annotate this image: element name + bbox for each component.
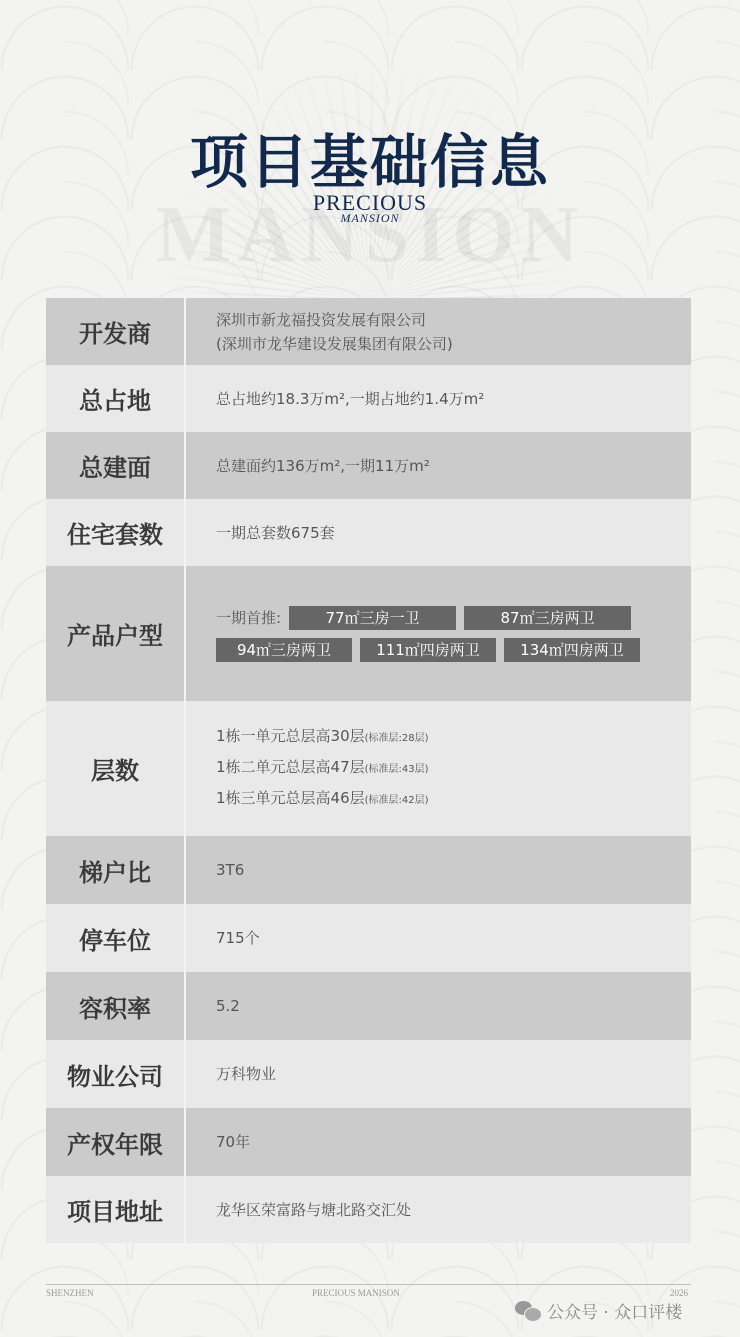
floor-line: 1栋三单元总层高46层(标准层:42层) — [216, 784, 691, 815]
page-title: 项目基础信息 — [0, 115, 740, 199]
row-label: 住宅套数 — [46, 499, 186, 566]
footer-left-text: SHENZHEN — [46, 1288, 94, 1298]
brand-subtitle-italic: MANSION — [0, 211, 740, 226]
row-value: 龙华区荣富路与塘北路交汇处 — [186, 1176, 691, 1243]
table-row-building-area: 总建面 总建面约136万m²,一期11万m² — [46, 432, 691, 499]
value-line: 深圳市新龙福投资发展有限公司 — [216, 308, 691, 332]
unit-type-chip: 77㎡三房一卫 — [289, 606, 456, 630]
floor-main: 1栋一单元总层高30层 — [216, 727, 365, 745]
value-line: 总占地约18.3万m²,一期占地约1.4万m² — [216, 387, 691, 411]
value-line: 万科物业 — [216, 1062, 691, 1086]
value-line: 一期总套数675套 — [216, 521, 691, 545]
value-line: 3T6 — [216, 858, 691, 882]
table-row-land-area: 总占地 总占地约18.3万m²,一期占地约1.4万m² — [46, 365, 691, 432]
value-line: 龙华区荣富路与塘北路交汇处 — [216, 1198, 691, 1222]
footer-center-text: PRECIOUS MANISON — [312, 1288, 400, 1298]
row-label: 总占地 — [46, 365, 186, 432]
row-label: 梯户比 — [46, 836, 186, 904]
row-value: 5.2 — [186, 972, 691, 1040]
value-line: 70年 — [216, 1130, 691, 1154]
unit-type-chip: 111㎡四房两卫 — [360, 638, 496, 662]
row-label: 产品户型 — [46, 566, 186, 701]
table-row-units: 住宅套数 一期总套数675套 — [46, 499, 691, 566]
table-row-property-term: 产权年限 70年 — [46, 1108, 691, 1176]
floor-note: (标准层:28层) — [365, 733, 429, 744]
floor-line: 1栋二单元总层高47层(标准层:43层) — [216, 753, 691, 784]
footer-year: 2026 — [670, 1288, 688, 1298]
row-value: 总占地约18.3万m²,一期占地约1.4万m² — [186, 365, 691, 432]
table-row-plot-ratio: 容积率 5.2 — [46, 972, 691, 1040]
unit-type-chip: 94㎡三房两卫 — [216, 638, 352, 662]
row-value: 总建面约136万m²,一期11万m² — [186, 432, 691, 499]
floor-note: (标准层:42层) — [365, 795, 429, 806]
table-row-floors: 层数 1栋一单元总层高30层(标准层:28层) 1栋二单元总层高47层(标准层:… — [46, 701, 691, 836]
row-value: 715个 — [186, 904, 691, 972]
row-label: 停车位 — [46, 904, 186, 972]
wechat-icon — [515, 1301, 541, 1321]
unit-type-prefix: 一期首推: — [216, 606, 281, 630]
row-label: 开发商 — [46, 298, 186, 365]
floor-main: 1栋二单元总层高47层 — [216, 758, 365, 776]
floor-main: 1栋三单元总层高46层 — [216, 789, 365, 807]
table-row-address: 项目地址 龙华区荣富路与塘北路交汇处 — [46, 1176, 691, 1243]
row-label: 项目地址 — [46, 1176, 186, 1243]
unit-type-chip: 134㎡四房两卫 — [504, 638, 640, 662]
value-line: 715个 — [216, 926, 691, 950]
row-label: 层数 — [46, 701, 186, 836]
row-value: 3T6 — [186, 836, 691, 904]
row-label: 产权年限 — [46, 1108, 186, 1176]
table-row-elevator-ratio: 梯户比 3T6 — [46, 836, 691, 904]
row-label: 物业公司 — [46, 1040, 186, 1108]
unit-type-chip: 87㎡三房两卫 — [464, 606, 631, 630]
table-row-unit-types: 产品户型 一期首推: 77㎡三房一卫 87㎡三房两卫 94㎡三房两卫 111㎡四… — [46, 566, 691, 701]
value-line: (深圳市龙华建设发展集团有限公司) — [216, 332, 691, 356]
table-row-property-management: 物业公司 万科物业 — [46, 1040, 691, 1108]
row-value: 一期首推: 77㎡三房一卫 87㎡三房两卫 94㎡三房两卫 111㎡四房两卫 1… — [186, 566, 691, 701]
account-label: 公众号 · 众口评楼 — [547, 1298, 682, 1323]
row-value: 深圳市新龙福投资发展有限公司 (深圳市龙华建设发展集团有限公司) — [186, 298, 691, 365]
chip-row: 94㎡三房两卫 111㎡四房两卫 134㎡四房两卫 — [216, 638, 691, 662]
table-row-developer: 开发商 深圳市新龙福投资发展有限公司 (深圳市龙华建设发展集团有限公司) — [46, 298, 691, 365]
row-label: 总建面 — [46, 432, 186, 499]
row-value: 70年 — [186, 1108, 691, 1176]
wechat-account-badge: 公众号 · 众口评楼 — [515, 1298, 682, 1323]
row-value: 1栋一单元总层高30层(标准层:28层) 1栋二单元总层高47层(标准层:43层… — [186, 701, 691, 836]
row-label: 容积率 — [46, 972, 186, 1040]
floor-note: (标准层:43层) — [365, 764, 429, 775]
value-line: 5.2 — [216, 994, 691, 1018]
chip-row: 一期首推: 77㎡三房一卫 87㎡三房两卫 — [216, 606, 691, 630]
row-value: 一期总套数675套 — [186, 499, 691, 566]
footer-divider — [46, 1284, 691, 1285]
project-info-table: 开发商 深圳市新龙福投资发展有限公司 (深圳市龙华建设发展集团有限公司) 总占地… — [46, 298, 691, 1243]
floor-line: 1栋一单元总层高30层(标准层:28层) — [216, 722, 691, 753]
value-line: 总建面约136万m²,一期11万m² — [216, 454, 691, 478]
table-row-parking: 停车位 715个 — [46, 904, 691, 972]
row-value: 万科物业 — [186, 1040, 691, 1108]
